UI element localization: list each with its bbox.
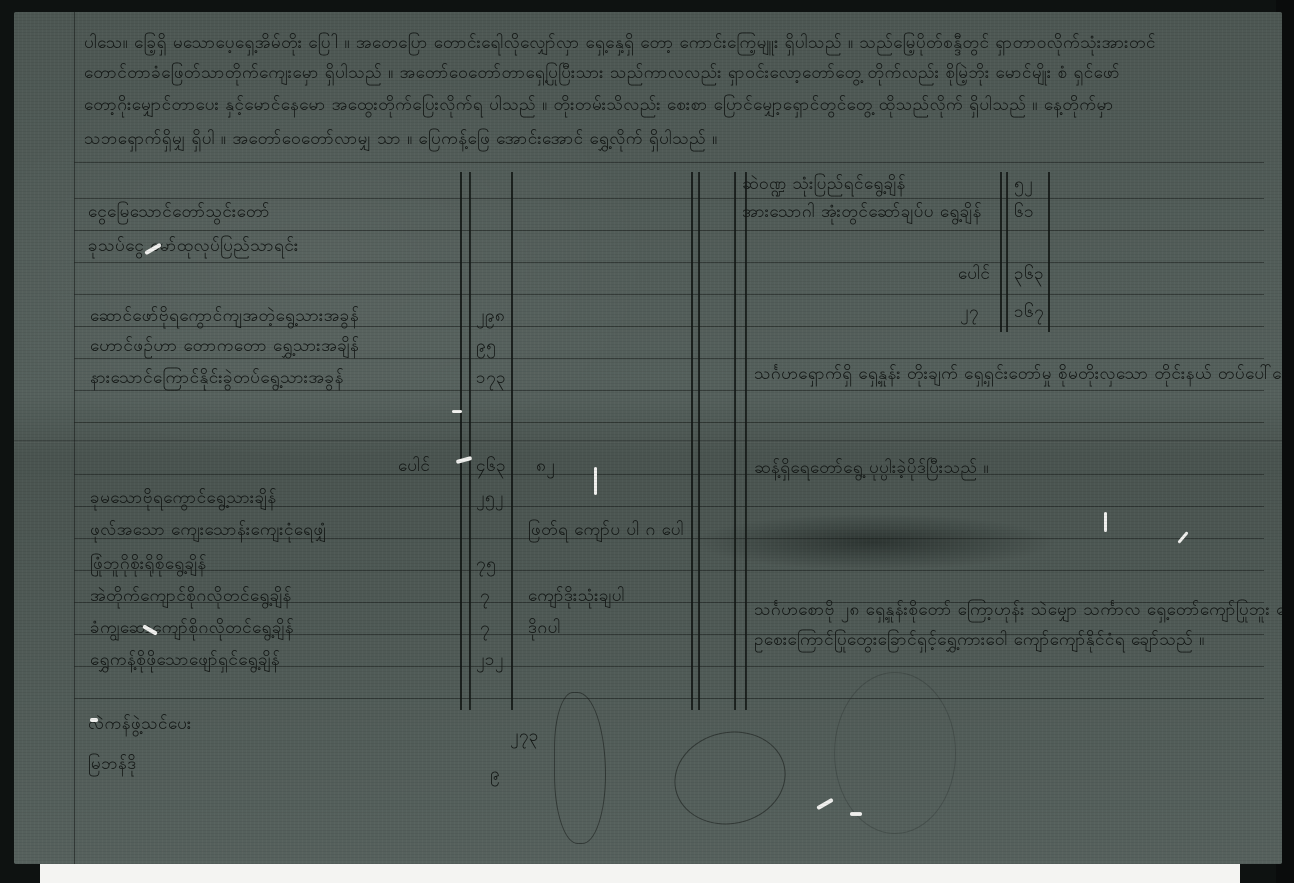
ruled-line — [74, 262, 1264, 263]
row-label: ဟောင်ဖဉ်ဟာ တောကတော ရွှေ့သားအချိန် — [90, 334, 359, 358]
row-note: ကျော်ဒိုးသုံးချပါ — [528, 584, 625, 608]
mini-row-label: ပေါင် — [958, 262, 990, 286]
ruled-line — [74, 422, 1264, 423]
note-line: သင်္ဂဟရှောက်ရှိ ရှေ့နှုန်း တိုးချက် ရှေ့… — [754, 362, 1282, 386]
ruled-line — [74, 358, 1264, 359]
row-label: ဖုလ်အသော ကျေးသောန်းကျေးငုံရေဖျှံ — [90, 518, 327, 542]
row-label: ခံကျွဆောကျော်စိုဂလိုတင်ရွေ့ချိန် — [90, 616, 294, 640]
row-qty: ၂၅၂ — [476, 486, 504, 510]
note-line: သင်္ဂဟစောဗို ၂၈ ရှေ့နှုန်းစိုတော် ကြော့ဟ… — [754, 598, 1282, 622]
row-qty: ၇ — [480, 616, 490, 640]
column-line — [698, 172, 700, 710]
column-line — [734, 172, 736, 710]
scratch-mark — [816, 798, 834, 810]
header-line-2: တောင်တာခံဖြေတ်သာတိုက်ကျေးမှော ရှိပါသည် ။… — [84, 60, 1120, 86]
row-label: ခုသပ်ငွေ မော်ထုလုပ်ပြည်သာရင်း — [88, 234, 299, 258]
mini-row-qty: ၁၆၇ — [1014, 300, 1044, 324]
mini-row-label: အားသောဂါ အုံးတွင်ဆော်ချပ်ပ ရွေ့ချိန် — [742, 200, 982, 224]
mini-row-qty: ၃၆၃ — [1014, 262, 1044, 286]
ruled-line — [74, 698, 1264, 699]
ruled-line — [74, 390, 1264, 391]
row-label: ခုမသောဗိုရကွောင်ရွေ့သားချိန် — [90, 486, 277, 510]
row-label: ငွေမြေသောင်တော်သွင်းတော် — [88, 200, 270, 224]
mini-table-line — [1006, 172, 1008, 332]
manuscript-page: ပါသေ။ ခြေ့ရှိ မသောပေ့ရှေ့အိမ်တိုး ပြေါ ။… — [14, 12, 1282, 864]
header-line-1: ပါသေ။ ခြေ့ရှိ မသောပေ့ရှေ့အိမ်တိုး ပြေါ ။… — [84, 30, 1156, 56]
row-qty: ၇၅ — [476, 552, 496, 576]
note-line: ဥစေးကြောင်ပြုတွေးခြောင်ရှင့်ရွှေ့ကားဝေါ … — [754, 628, 1205, 652]
column-line — [460, 172, 462, 710]
scratch-mark — [452, 410, 462, 413]
row-label: နားသောင်ကြောင်နိုင်းခွဲတပ်ရွေ့သားအခွန် — [90, 366, 344, 390]
row-label: ဖြုံဘူဂိုစိုးရိုစိုရွေ့ချိန် — [90, 552, 207, 576]
left-margin-line — [74, 12, 75, 864]
column-line — [469, 172, 471, 710]
scratch-mark — [850, 812, 862, 816]
row-note: ဖြတ်ရ ကျော်ပ ပါ ဂ ပေါ — [528, 518, 684, 542]
row-label: ရွှေကန့်စိုဖိုသောဖျော်ရှင်ရွေ့ချိန် — [90, 648, 280, 672]
row-label: ဆောင်ဖော်ဗိုရကွောင်ကျအတဲ့ရွေ့သားအခွန် — [90, 304, 359, 328]
footer-qty: ၉ — [490, 762, 500, 786]
mini-row-label: ဆဲဝဏ္ဍ သုံးပြည်ရင်ရွေ့ချိန် — [742, 172, 906, 196]
row-qty: ၇ — [480, 584, 490, 608]
footer-qty: ၂၇၃ — [510, 724, 539, 748]
row-note: ဒိုဂပါ — [528, 616, 561, 640]
column-line — [511, 172, 513, 710]
ruled-line — [74, 230, 1264, 231]
ruled-line — [74, 570, 1264, 571]
ruled-line — [74, 162, 1264, 163]
row-label: အဲတိုက်ကျောင်စိုဂလိုတင်ရွေ့ချိန် — [90, 584, 292, 608]
pencil-sketch — [554, 692, 606, 844]
row-qty: ၂၁၂ — [476, 648, 504, 672]
ruled-line — [74, 198, 1264, 199]
note-line: ဆန့်ရှိရေတော်ရွေ့ ပုပ္ပါးခဲ့ပိုဒ်ပြီးသည်… — [754, 456, 989, 480]
row-qty: ၉၅ — [476, 334, 496, 358]
mini-row-qty: ၆၁ — [1014, 200, 1034, 224]
scratch-mark — [1104, 512, 1107, 532]
mini-table-line — [1000, 172, 1002, 332]
row-qty: ၁၇၃ — [476, 366, 506, 390]
row-qty: ၄၆၃ — [476, 454, 506, 478]
footer-label: မြဘန်ဒို — [88, 752, 137, 776]
row-qty: ၂၉၈ — [476, 304, 505, 328]
header-line-3: တော့ဂိုးမျှောင်တာပေး နှင့်မောင်နေမော အထွ… — [84, 92, 1114, 118]
footer-label: လဲကန်ဖွဲ့သင်ပေး — [88, 712, 192, 736]
paper-fold-line — [14, 440, 1282, 443]
scratch-mark — [90, 718, 98, 722]
scratch-mark — [594, 467, 597, 495]
header-line-4: သဘရှောက်ရှိမျှ ရှိပါ ။ အတော်ဝေတော်လာမျှ … — [84, 126, 718, 152]
row-label: ပေါင် — [398, 454, 430, 478]
row-note: ၈၂ — [536, 454, 555, 478]
mini-table-line — [1048, 172, 1050, 332]
mini-row-label: ၂၇ — [960, 300, 979, 324]
pencil-sketch — [666, 721, 795, 834]
ruled-line — [74, 474, 1264, 475]
mini-row-qty: ၅၂ — [1014, 172, 1033, 196]
column-line — [691, 172, 693, 710]
column-line — [745, 172, 747, 710]
pencil-sketch — [834, 672, 956, 834]
ruled-line — [74, 294, 1264, 295]
